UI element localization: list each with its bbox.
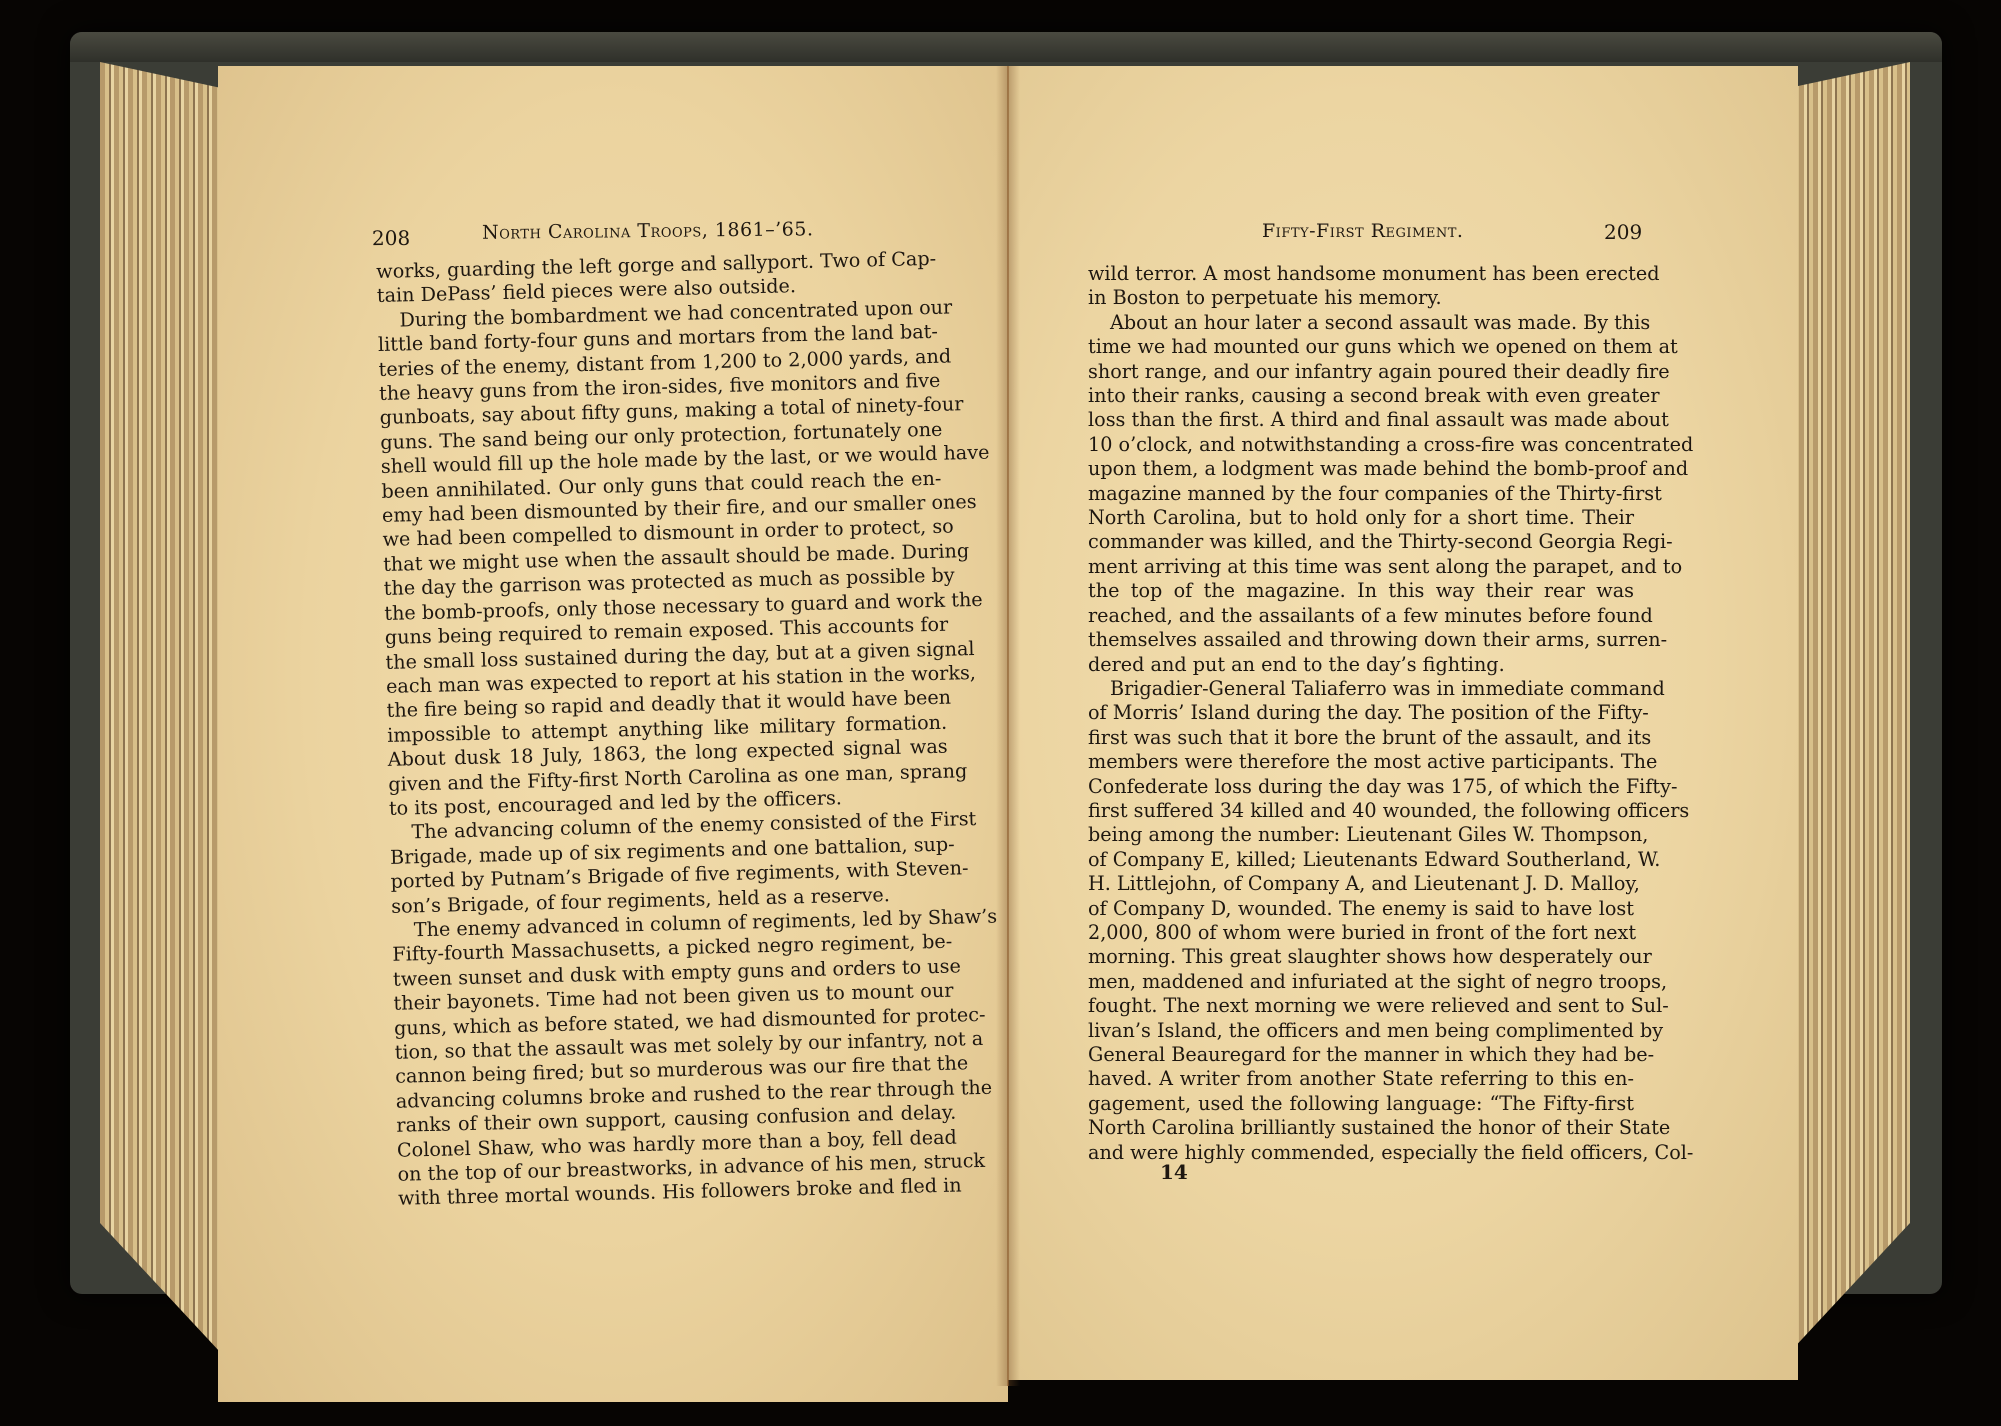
text-line: magazine manned by the four companies of… (1088, 482, 1634, 506)
text-line: H. Littlejohn, of Company A, and Lieuten… (1088, 872, 1634, 896)
text-line: gagement, used the following language: “… (1088, 1092, 1634, 1116)
left-page-number: 208 (372, 226, 410, 250)
text-line: haved. A writer from another State refer… (1088, 1067, 1634, 1091)
text-line: time we had mounted our guns which we op… (1088, 335, 1634, 359)
text-line: of Company D, wounded. The enemy is said… (1088, 897, 1634, 921)
text-line: short range, and our infantry again pour… (1088, 360, 1634, 384)
text-line: of Morris’ Island during the day. The po… (1088, 701, 1634, 725)
text-line: North Carolina, but to hold only for a s… (1088, 506, 1634, 530)
text-line: being among the number: Lieutenant Giles… (1088, 823, 1634, 847)
text-line: commander was killed, and the Thirty-sec… (1088, 530, 1634, 554)
text-line: men, maddened and infuriated at the sigh… (1088, 970, 1634, 994)
left-running-head: North Carolina Troops, 1861–’65. (482, 218, 814, 243)
left-page-edges (100, 62, 220, 1352)
text-line: 2,000, 800 of whom were buried in front … (1088, 921, 1634, 945)
text-line: upon them, a lodgment was made behind th… (1088, 457, 1634, 481)
text-line: fought. The next morning we were relieve… (1088, 994, 1634, 1018)
signature-mark: 14 (1160, 1160, 1188, 1184)
text-line: first was such that it bore the brunt of… (1088, 726, 1634, 750)
text-line: of Company E, killed; Lieutenants Edward… (1088, 848, 1634, 872)
text-line: themselves assailed and throwing down th… (1088, 628, 1634, 652)
right-page-body: wild terror. A most handsome monument ha… (1088, 262, 1634, 1165)
left-page-body: works, guarding the left gorge and sally… (376, 247, 958, 1212)
text-line: General Beauregard for the manner in whi… (1088, 1043, 1634, 1067)
text-line: first suffered 34 killed and 40 wounded,… (1088, 799, 1634, 823)
book-photo: 208 North Carolina Troops, 1861–’65. wor… (0, 0, 2001, 1426)
text-line: dered and put an end to the day’s fighti… (1088, 653, 1634, 677)
text-line: the top of the magazine. In this way the… (1088, 579, 1634, 603)
text-line: loss than the first. A third and final a… (1088, 408, 1634, 432)
right-page-number: 209 (1604, 220, 1642, 244)
text-line: livan’s Island, the officers and men bei… (1088, 1019, 1634, 1043)
text-line: wild terror. A most handsome monument ha… (1088, 262, 1634, 286)
text-line: Confederate loss during the day was 175,… (1088, 775, 1634, 799)
right-running-head: Fifty-First Regiment. (1262, 220, 1463, 242)
text-line: North Carolina brilliantly sustained the… (1088, 1116, 1634, 1140)
book-gutter (996, 66, 1020, 1386)
text-line: reached, and the assailants of a few min… (1088, 604, 1634, 628)
text-line: members were therefore the most active p… (1088, 750, 1634, 774)
text-line: into their ranks, causing a second break… (1088, 384, 1634, 408)
right-page-edges (1790, 62, 1910, 1352)
text-line: About an hour later a second assault was… (1088, 311, 1634, 335)
text-line: Brigadier-General Taliaferro was in imme… (1088, 677, 1634, 701)
text-line: in Boston to perpetuate his memory. (1088, 286, 1634, 310)
text-line: morning. This great slaughter shows how … (1088, 945, 1634, 969)
text-line: 10 o’clock, and notwithstanding a cross-… (1088, 433, 1634, 457)
cover-top-edge (70, 32, 1942, 62)
text-line: ment arriving at this time was sent alon… (1088, 555, 1634, 579)
